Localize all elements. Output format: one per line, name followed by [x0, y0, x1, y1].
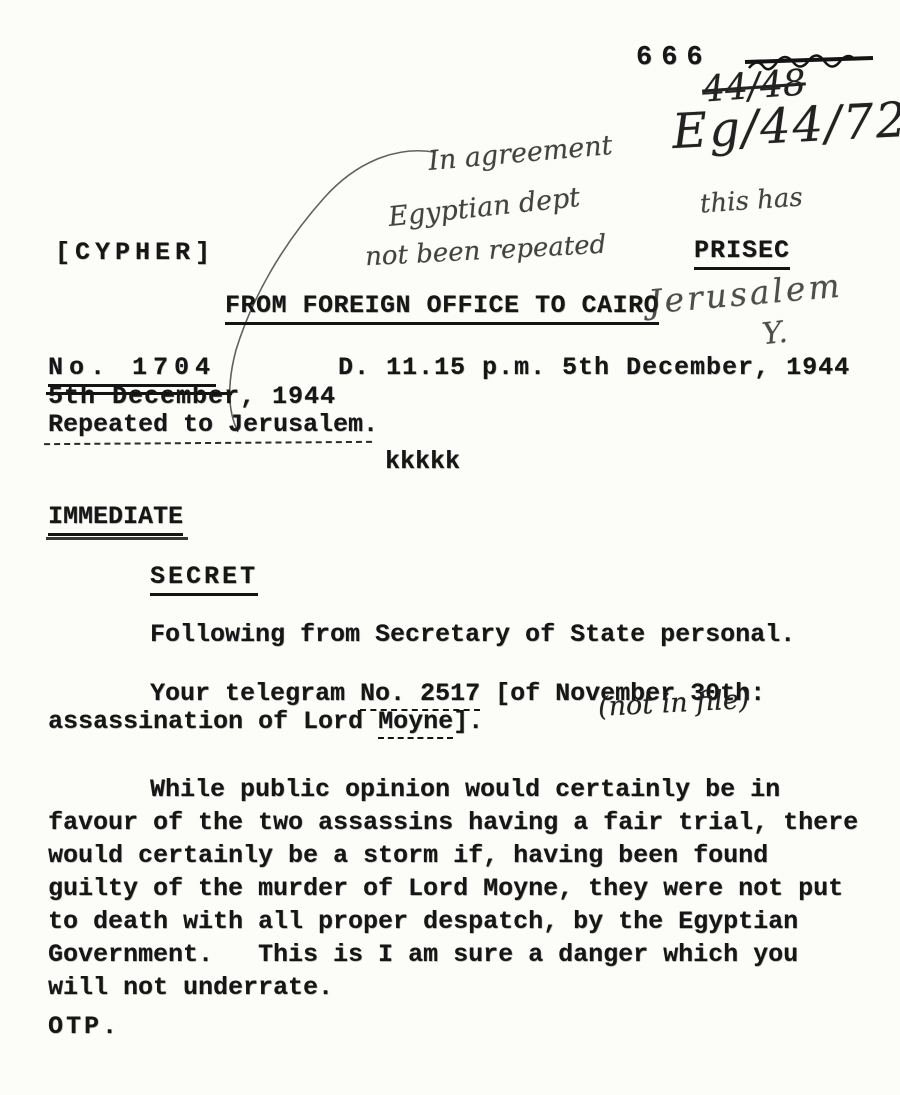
hand-signature-initial: Y. — [760, 315, 789, 352]
paragraph-line: While public opinion would certainly be … — [150, 775, 780, 805]
telegram-document: 666 44/48 Eg/44/72 In agreement Egyptian… — [0, 0, 900, 1095]
repeated-underline — [44, 427, 372, 445]
cypher-label: [CYPHER] — [55, 238, 215, 268]
paragraph-line: favour of the two assassins having a fai… — [48, 808, 858, 838]
reference-line-2: assassination of Lord Moyne]. — [48, 707, 483, 737]
paragraph-line: Government. This is I am sure a danger w… — [48, 940, 798, 970]
paragraph-line: would certainly be a storm if, having be… — [48, 841, 768, 871]
reference2-post: ]. — [453, 707, 483, 736]
despatch-line: D. 11.15 p.m. 5th December, 1944 — [338, 353, 850, 383]
reference2-name: Moyne — [378, 707, 453, 739]
date-line: 5th December, 1944 — [48, 382, 336, 412]
document-title: FROM FOREIGN OFFICE TO CAIRO — [225, 291, 659, 325]
prisec-label: PRISEC — [694, 236, 790, 270]
priority-second-underline — [46, 537, 188, 540]
sign-off: OTP. — [48, 1012, 120, 1042]
priority-label: IMMEDIATE — [48, 502, 183, 536]
paragraph-line: guilty of the murder of Lord Moyne, they… — [48, 874, 843, 904]
reference-pre: Your telegram — [150, 679, 360, 708]
code-group: kkkkk — [385, 447, 460, 477]
paragraph-line: to death with all proper despatch, by th… — [48, 907, 798, 937]
classification-label: SECRET — [150, 562, 258, 596]
from-line: Following from Secretary of State person… — [150, 620, 795, 650]
paragraph-line: will not underrate. — [48, 973, 333, 1003]
reference2-pre: assassination of Lord — [48, 707, 378, 736]
